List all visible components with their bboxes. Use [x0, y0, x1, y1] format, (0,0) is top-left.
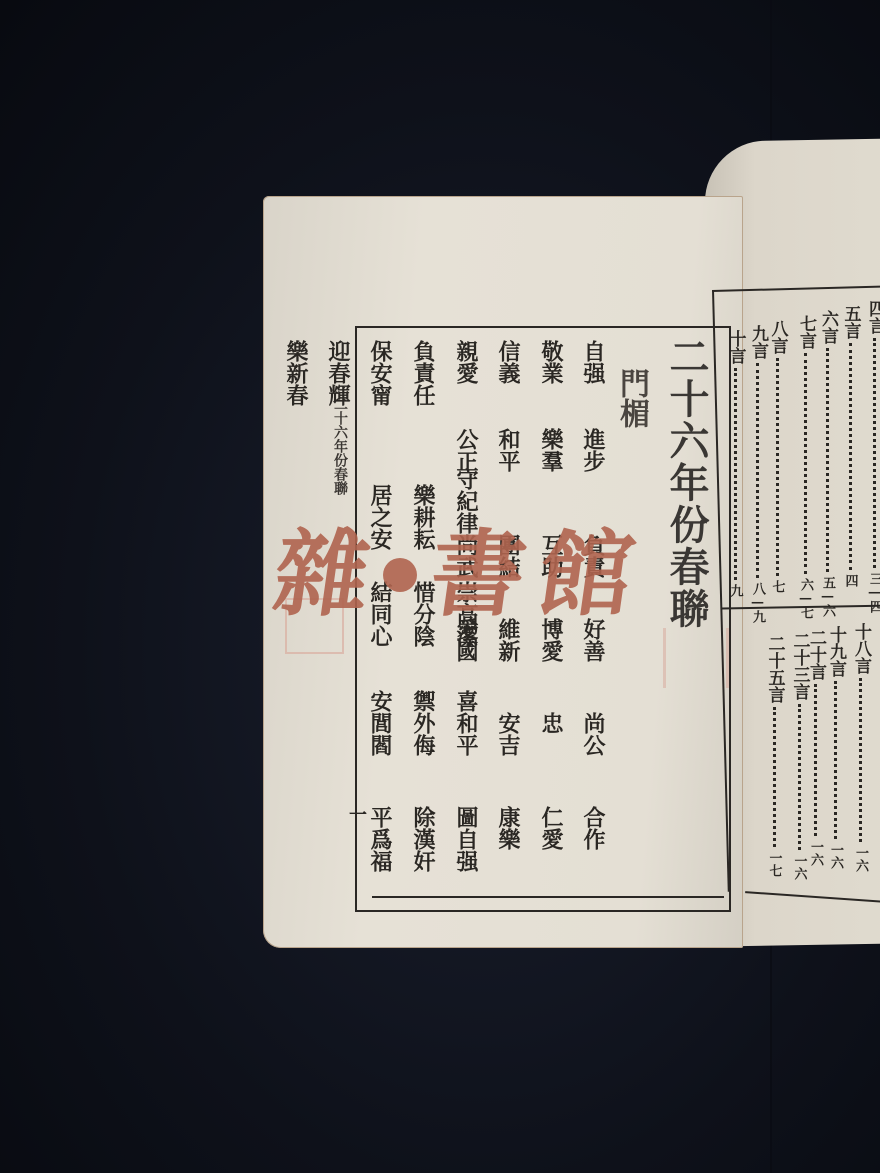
couplet-text: 樂新春: [285, 340, 307, 406]
couplet-text: 公正: [455, 428, 477, 472]
couplet-text: 保安甯: [369, 340, 391, 406]
couplet-text: 敬業: [540, 340, 562, 384]
couplet-text: 和平: [497, 428, 519, 472]
couplet-text: 安吉: [497, 712, 519, 756]
couplet-text: 信義: [497, 340, 519, 384]
red-seal-stamp: [663, 628, 729, 688]
watermark-char: 館: [532, 528, 639, 622]
watermark-char: 書: [424, 528, 531, 622]
section-heading: 門楣: [616, 368, 646, 428]
couplet-text: 圖自强: [455, 806, 477, 872]
toc-label: 四言: [866, 300, 880, 334]
toc-page: 八—九: [751, 582, 764, 623]
toc-page: 六—七: [799, 578, 812, 619]
margin-label: 二十六年份春聯: [333, 397, 347, 495]
leader-dots: [804, 353, 807, 574]
toc-label: 十言: [727, 330, 744, 364]
toc-page: 一七: [768, 851, 781, 877]
couplet-text: 迎春輝: [327, 340, 349, 406]
couplet-text: 平爲福: [369, 806, 391, 872]
watermark: 雜 書 館: [275, 528, 633, 622]
couplet-text: 康樂: [497, 806, 519, 850]
leader-dots: [773, 707, 776, 847]
couplet-text: 安閭閻: [369, 690, 391, 756]
watermark-dot: [383, 558, 417, 592]
toc-page: 三—四: [868, 572, 880, 613]
couplet-text: 禦外侮: [412, 690, 434, 756]
leader-dots: [849, 343, 852, 570]
toc-entry: 十言九: [718, 330, 752, 597]
couplet-text: 負責任: [412, 340, 434, 406]
watermark-char: 雜: [268, 528, 375, 622]
toc-label: 七言: [797, 315, 814, 349]
couplet-text: 尚公: [582, 712, 604, 756]
couplet-text: 忠: [540, 712, 562, 734]
couplet-text: 除漢奸: [412, 806, 434, 872]
leader-dots: [756, 363, 759, 578]
couplet-text: 仁愛: [540, 806, 562, 850]
leader-dots: [734, 368, 737, 580]
toc-page: 九: [729, 584, 742, 597]
page-title: 二十六年份春聯: [666, 336, 706, 630]
couplet-text: 合作: [582, 806, 604, 850]
couplet-text: 喜和平: [455, 690, 477, 756]
toc-entry: 二十五言一七: [740, 635, 808, 877]
couplet-text: 進步: [582, 428, 604, 472]
page-number: 一: [347, 805, 365, 823]
frame-rule: [372, 896, 724, 898]
couplet-text: 自强: [582, 340, 604, 384]
leader-dots: [826, 348, 829, 572]
leader-dots: [873, 338, 876, 568]
toc-label: 二十五言: [766, 635, 783, 703]
couplet-text: 親愛: [455, 340, 477, 384]
couplet-text: 樂羣: [540, 428, 562, 472]
